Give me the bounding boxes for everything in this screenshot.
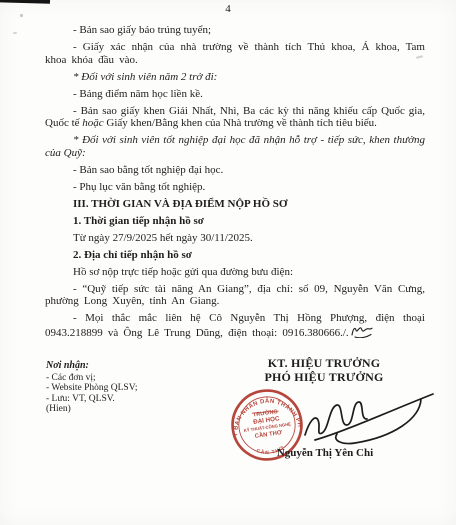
paragraph-text: * Đối với sinh viên tốt nghiệp đại học đ… bbox=[45, 134, 425, 159]
recipients-list: - Các đơn vị;- Website Phòng QLSV;- Lưu:… bbox=[46, 373, 138, 415]
paragraph: 2. Địa chỉ tiếp nhận hồ sơ bbox=[45, 249, 425, 262]
paragraph: * Đối với sinh viên tốt nghiệp đại học đ… bbox=[45, 134, 425, 160]
paragraph: 1. Thời gian tiếp nhận hồ sơ bbox=[45, 215, 425, 228]
paragraph-text: III. THỜI GIAN VÀ ĐỊA ĐIỂM NỘP HỒ SƠ bbox=[73, 198, 287, 210]
paragraph-text: * Đối với sinh viên năm 2 trở đi: bbox=[73, 71, 217, 83]
recipients-title: Nơi nhận: bbox=[46, 361, 138, 372]
paragraph-text: 2. Địa chỉ tiếp nhận hồ sơ bbox=[73, 249, 192, 261]
recipient-item: - Lưu: VT, QLSV. bbox=[46, 394, 138, 405]
scan-speck bbox=[13, 32, 17, 34]
signer-title-block: KT. HIỆU TRƯỞNG PHÓ HIỆU TRƯỞNG bbox=[243, 357, 405, 384]
paragraph: III. THỜI GIAN VÀ ĐỊA ĐIỂM NỘP HỒ SƠ bbox=[45, 198, 425, 211]
document-page: 4 - Bản sao giấy báo trúng tuyển;- Giấy … bbox=[0, 0, 456, 525]
paragraph: - Bảng điểm năm học liền kề. bbox=[45, 88, 425, 101]
paragraph: - Bản sao bằng tốt nghiệp đại học. bbox=[45, 164, 425, 177]
paragraph-text: Từ ngày 27/9/2025 hết ngày 30/11/2025. bbox=[73, 232, 253, 244]
recipients-block: Nơi nhận: - Các đơn vị;- Website Phòng Q… bbox=[46, 361, 138, 415]
recipient-item: - Các đơn vị; bbox=[46, 373, 138, 384]
paragraph-text: Hồ sơ nộp trực tiếp hoặc gửi qua đường b… bbox=[73, 266, 293, 278]
signer-name: Nguyễn Thị Yên Chi bbox=[240, 447, 410, 459]
recipient-item: (Hien) bbox=[46, 404, 138, 415]
paragraph-text: - Phụ lục văn bằng tốt nghiệp. bbox=[73, 181, 205, 193]
paragraph: Từ ngày 27/9/2025 hết ngày 30/11/2025. bbox=[45, 232, 425, 245]
paragraph: * Đối với sinh viên năm 2 trở đi: bbox=[45, 71, 425, 84]
paragraph: Hồ sơ nộp trực tiếp hoặc gửi qua đường b… bbox=[45, 266, 425, 279]
document-body: - Bản sao giấy báo trúng tuyển;- Giấy xá… bbox=[45, 24, 425, 344]
paragraph: - Mọi thắc mắc liên hệ Cô Nguyễn Thị Hồn… bbox=[45, 312, 425, 340]
paragraph: - Bản sao giấy khen Giải Nhất, Nhì, Ba c… bbox=[45, 105, 425, 131]
paragraph-text: - Giấy xác nhận của nhà trường về thành … bbox=[45, 41, 425, 66]
paragraph-text: Giấy khen/Bằng khen của Nhà trường về th… bbox=[104, 117, 377, 129]
signer-title-line2: PHÓ HIỆU TRƯỞNG bbox=[243, 371, 405, 385]
paragraph-text: - Bản sao bằng tốt nghiệp đại học. bbox=[73, 164, 223, 176]
paragraph-text: - Bảng điểm năm học liền kề. bbox=[73, 88, 203, 100]
paragraph: - Phụ lục văn bằng tốt nghiệp. bbox=[45, 181, 425, 194]
paragraph: - Bản sao giấy báo trúng tuyển; bbox=[45, 24, 425, 37]
page-number: 4 bbox=[0, 3, 456, 15]
signer-title-line1: KT. HIỆU TRƯỞNG bbox=[243, 357, 405, 371]
handwritten-initials-icon bbox=[350, 325, 374, 338]
paragraph-text: 1. Thời gian tiếp nhận hồ sơ bbox=[73, 215, 204, 227]
paragraph-text: - Bản sao giấy báo trúng tuyển; bbox=[73, 24, 211, 36]
recipient-item: - Website Phòng QLSV; bbox=[46, 383, 138, 394]
paragraph-text: hoặc bbox=[82, 117, 103, 129]
signature-scribble bbox=[295, 389, 447, 455]
paragraph: - Giấy xác nhận của nhà trường về thành … bbox=[45, 41, 425, 67]
paragraph: - “Quỹ tiếp sức tài năng An Giang”, địa … bbox=[45, 283, 425, 309]
paragraph-text: - “Quỹ tiếp sức tài năng An Giang”, địa … bbox=[45, 283, 425, 308]
